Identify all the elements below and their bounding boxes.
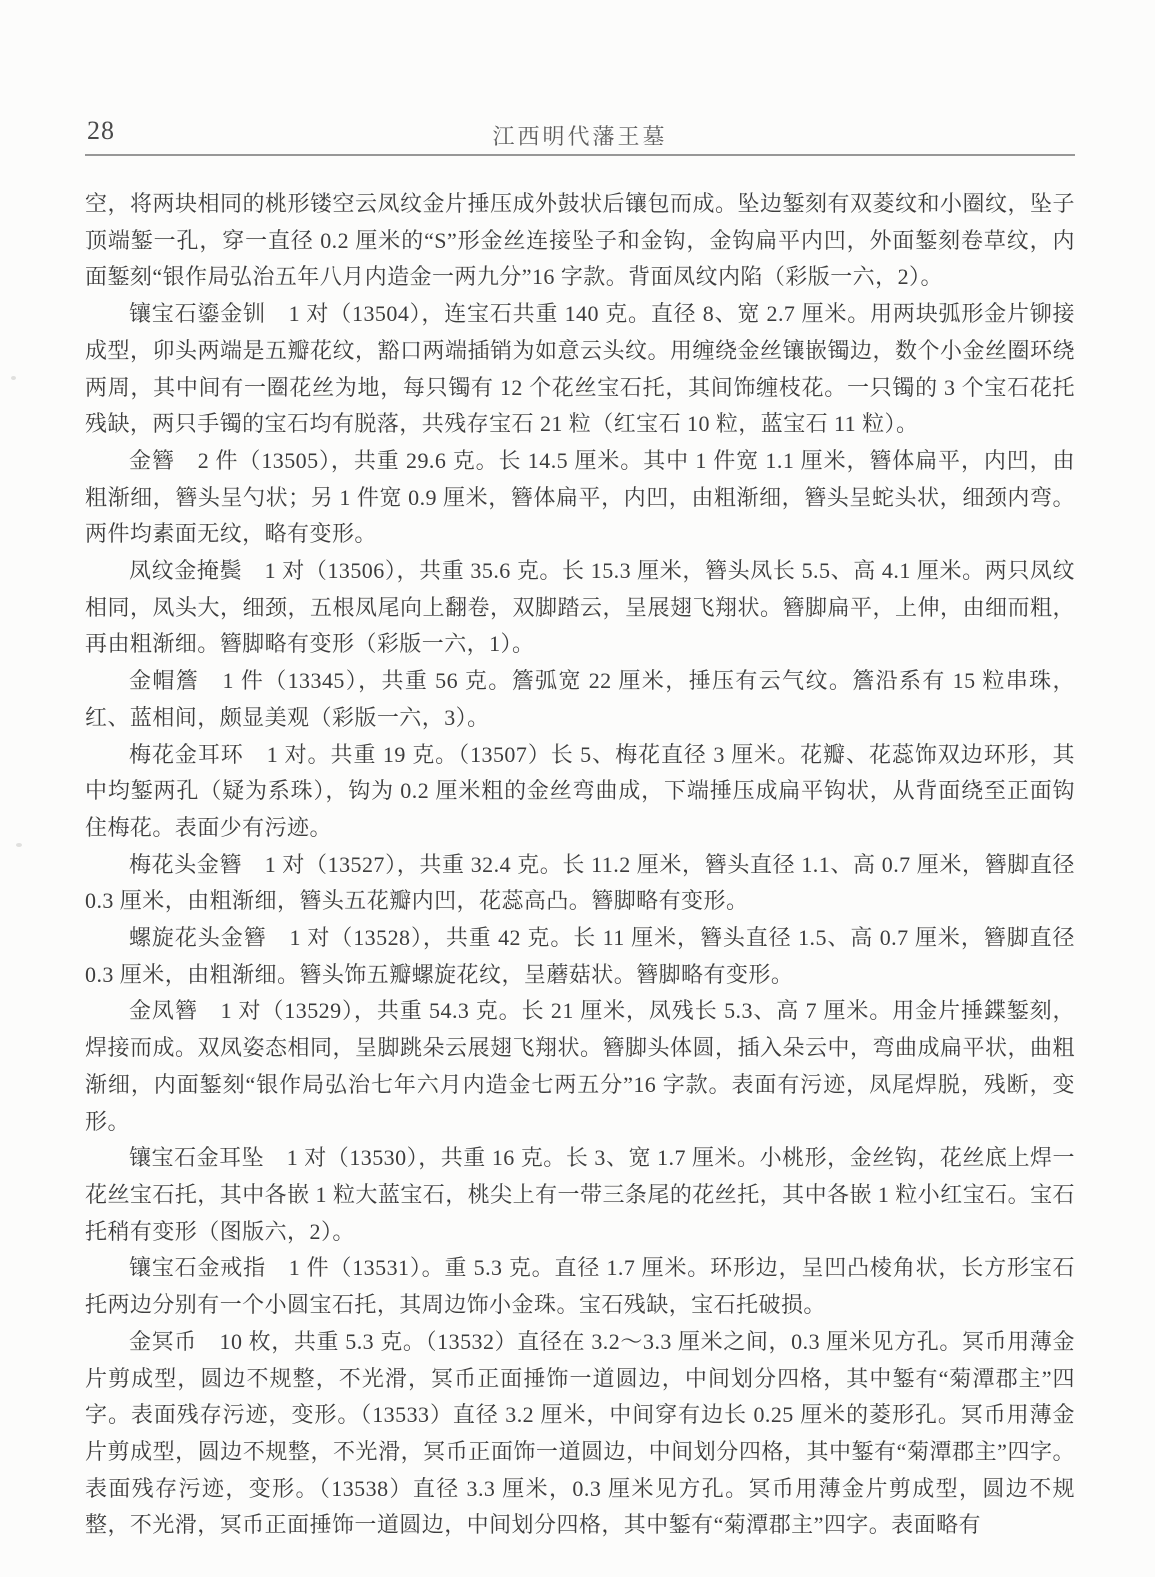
- paragraph: 镶宝石金戒指 1 件（13531）。重 5.3 克。直径 1.7 厘米。环形边，…: [85, 1250, 1075, 1323]
- running-header: 28 江西明代藩王墓: [85, 112, 1075, 152]
- scan-artifact: [11, 376, 16, 380]
- scan-artifact: [16, 843, 22, 847]
- paragraph: 梅花头金簪 1 对（13527），共重 32.4 克。长 11.2 厘米，簪头直…: [85, 847, 1075, 920]
- paragraph: 镶宝石鎏金钏 1 对（13504），连宝石共重 140 克。直径 8、宽 2.7…: [85, 296, 1075, 443]
- running-header-title: 江西明代藩王墓: [85, 120, 1075, 151]
- book-page: 28 江西明代藩王墓 空，将两块相同的桃形镂空云凤纹金片捶压成外鼓状后镶包而成。…: [0, 0, 1155, 1577]
- paragraph: 金簪 2 件（13505），共重 29.6 克。长 14.5 厘米。其中 1 件…: [85, 443, 1075, 553]
- paragraph: 螺旋花头金簪 1 对（13528），共重 42 克。长 11 厘米，簪头直径 1…: [85, 920, 1075, 993]
- paragraph: 金凤簪 1 对（13529），共重 54.3 克。长 21 厘米，凤残长 5.3…: [85, 993, 1075, 1140]
- paragraph: 空，将两块相同的桃形镂空云凤纹金片捶压成外鼓状后镶包而成。坠边錾刻有双菱纹和小圈…: [85, 186, 1075, 296]
- page-body: 空，将两块相同的桃形镂空云凤纹金片捶压成外鼓状后镶包而成。坠边錾刻有双菱纹和小圈…: [85, 186, 1075, 1544]
- paragraph: 梅花金耳环 1 对。共重 19 克。（13507）长 5、梅花直径 3 厘米。花…: [85, 737, 1075, 847]
- paragraph: 镶宝石金耳坠 1 对（13530），共重 16 克。长 3、宽 1.7 厘米。小…: [85, 1140, 1075, 1250]
- paragraph: 金冥币 10 枚，共重 5.3 克。（13532）直径在 3.2～3.3 厘米之…: [85, 1324, 1075, 1544]
- paragraph: 金帽簷 1 件（13345），共重 56 克。簷弧宽 22 厘米，捶压有云气纹。…: [85, 663, 1075, 736]
- header-rule: [85, 154, 1075, 156]
- paragraph: 凤纹金掩鬓 1 对（13506），共重 35.6 克。长 15.3 厘米，簪头凤…: [85, 553, 1075, 663]
